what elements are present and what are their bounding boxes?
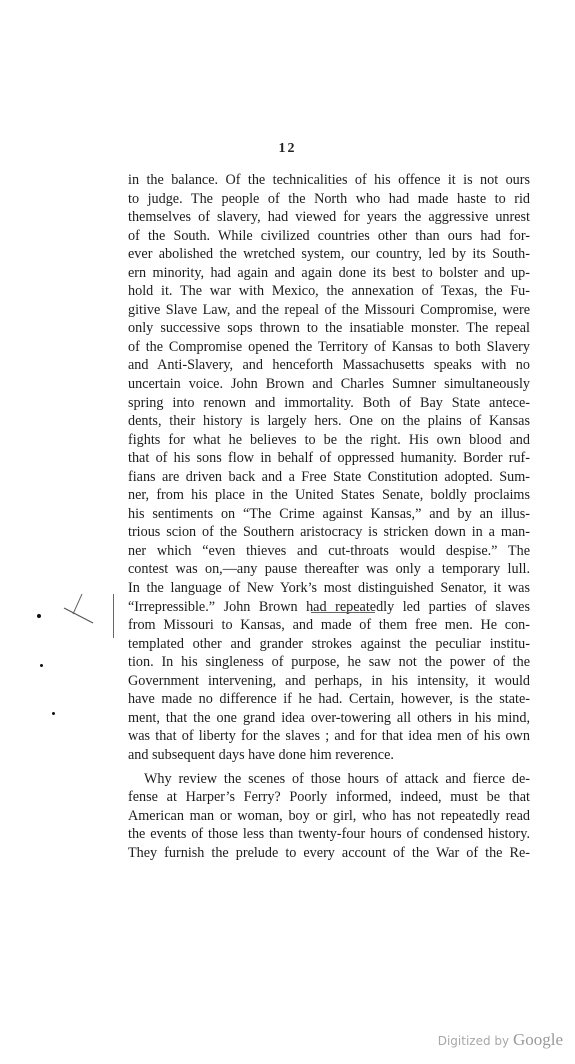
text-line: templated other and grander strokes agai… (128, 635, 530, 654)
paragraph-2: Why review the scenes of those hours of … (128, 770, 530, 863)
margin-dot (37, 614, 41, 618)
text-line: of the Compromise opened the Territory o… (128, 338, 530, 357)
text-line: ever abolished the wretched system, our … (128, 245, 530, 264)
text-line: ern minority, had again and again done i… (128, 264, 530, 283)
margin-line (113, 594, 114, 638)
text-line: spring into renown and immortality. Both… (128, 394, 530, 413)
text-line: uncertain voice. John Brown and Charles … (128, 375, 530, 394)
text-line: have made no difference if he had. Certa… (128, 690, 530, 709)
text-line: to judge. The people of the North who ha… (128, 190, 530, 209)
text-line: his sentiments on “The Crime against Kan… (128, 505, 530, 524)
text-line: and subsequent days have done him revere… (128, 746, 530, 765)
watermark-prefix: Digitized by (438, 1034, 513, 1048)
text-line: contest was on,—any pause thereafter was… (128, 560, 530, 579)
text-line: dents, their history is largely hers. On… (128, 412, 530, 431)
text-line: hold it. The war with Mexico, the annexa… (128, 282, 530, 301)
text-line: that of his sons flow in behalf of oppre… (128, 449, 530, 468)
text-line: trious scion of the Southern aristocracy… (128, 523, 530, 542)
text-line: “Irrepressible.” John Brown had repeated… (128, 598, 530, 617)
margin-dot (52, 712, 55, 715)
margin-dot (40, 664, 43, 667)
text-line: Government intervening, and perhaps, in … (128, 672, 530, 691)
cross-mark-icon (60, 590, 100, 630)
text-line: was that of liberty for the slaves ; and… (128, 727, 530, 746)
text-line: tion. In his singleness of purpose, he s… (128, 653, 530, 672)
digitized-watermark: Digitized by Google (438, 1030, 563, 1050)
text-line: fense at Harper’s Ferry? Poorly informed… (128, 788, 530, 807)
body-text: in the balance. Of the technicalities of… (128, 171, 530, 862)
text-line: In the language of New York’s most disti… (128, 579, 530, 598)
text-line: Why review the scenes of those hours of … (128, 770, 530, 789)
text-line: themselves of slavery, had viewed for ye… (128, 208, 530, 227)
pencil-underline (311, 612, 375, 613)
text-line: They furnish the prelude to every accoun… (128, 844, 530, 863)
text-line: and Anti-Slavery, and henceforth Massach… (128, 356, 530, 375)
text-line: American man or woman, boy or girl, who … (128, 807, 530, 826)
text-line: from Missouri to Kansas, and made of the… (128, 616, 530, 635)
text-line: fights for what he believes to be the ri… (128, 431, 530, 450)
text-line: of the South. While civilized countries … (128, 227, 530, 246)
text-line: only successive sops thrown to the insat… (128, 319, 530, 338)
text-line: ment, that the one grand idea over-tower… (128, 709, 530, 728)
paragraph-1: in the balance. Of the technicalities of… (128, 171, 530, 765)
watermark-brand: Google (513, 1030, 563, 1049)
text-line: fians are driven back and a Free State C… (128, 468, 530, 487)
text-line: gitive Slave Law, and the repeal of the … (128, 301, 530, 320)
text-line: in the balance. Of the technicalities of… (128, 171, 530, 190)
text-line: ner, from his place in the United States… (128, 486, 530, 505)
text-line: the events of those less than twenty-fou… (128, 825, 530, 844)
page-number: 12 (0, 141, 575, 157)
text-line: ner which “even thieves and cut-throats … (128, 542, 530, 561)
